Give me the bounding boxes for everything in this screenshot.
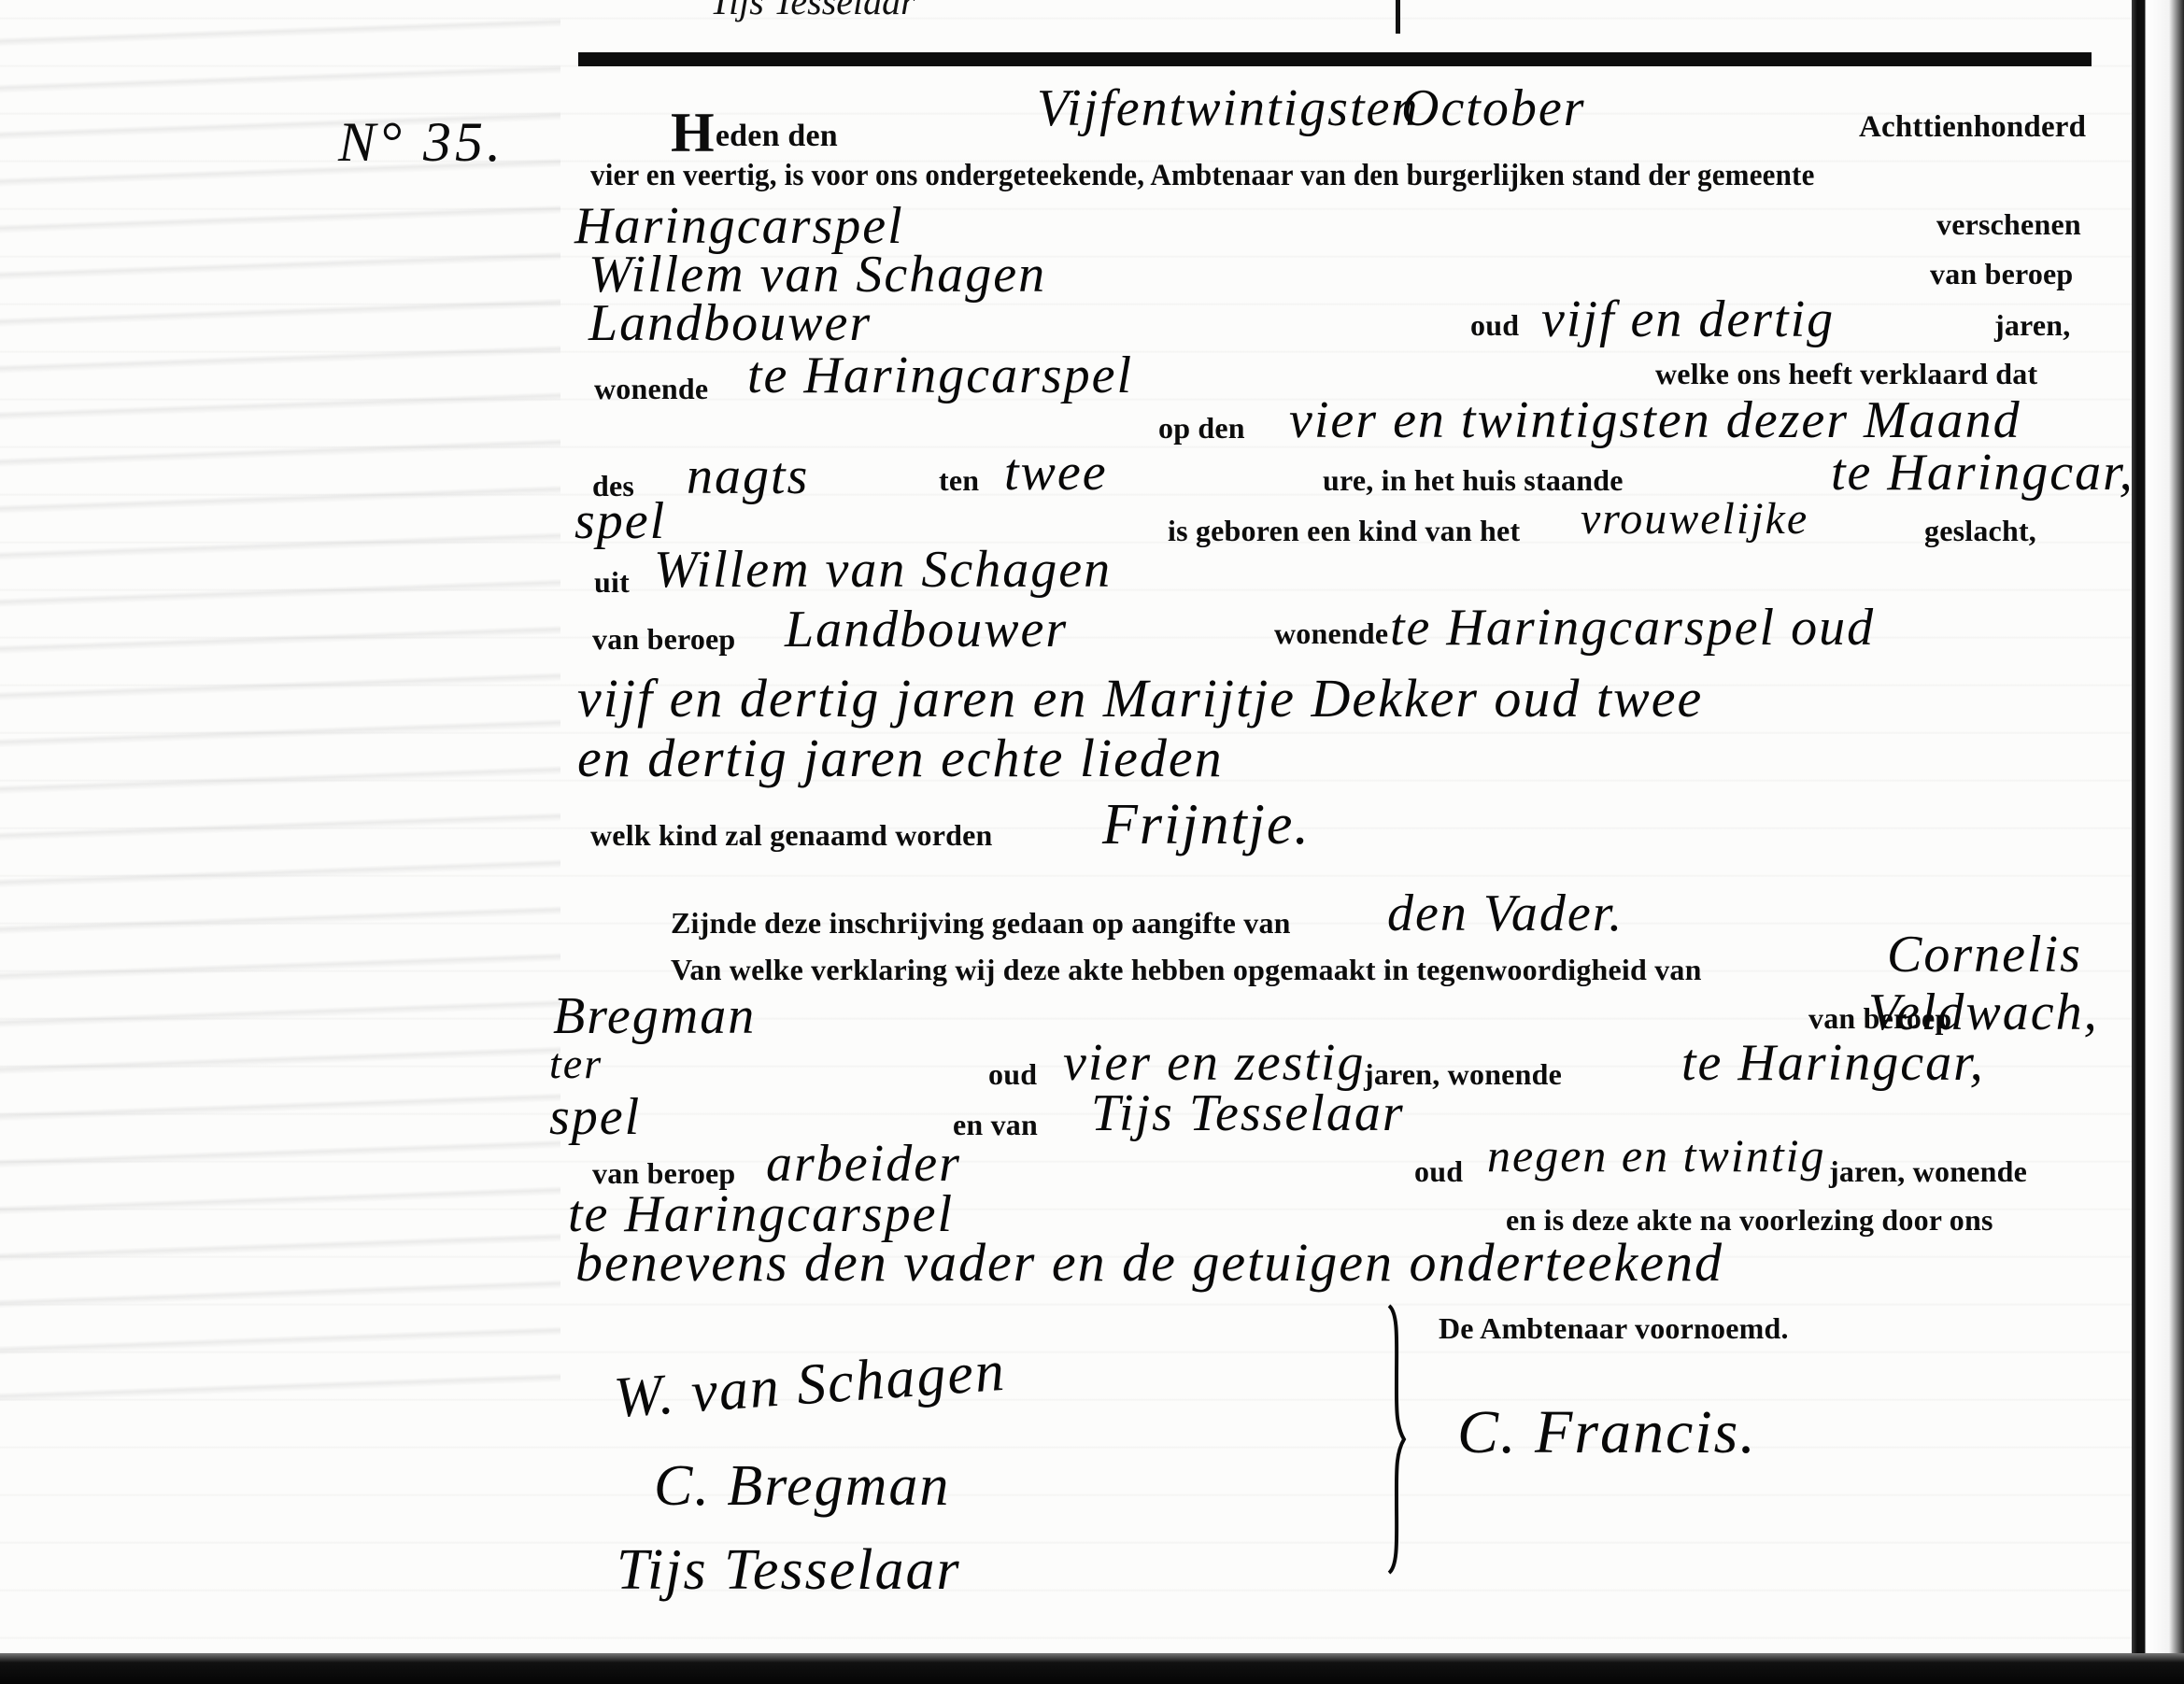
hw-witness2-name: Tijs Tesselaar <box>1091 1083 1405 1143</box>
printed-line-11b: wonende <box>1274 616 1388 651</box>
hw-birth-place-b: spel <box>574 491 666 551</box>
printed-line-4: van beroep <box>1930 257 2073 291</box>
hw-father: Willem van Schagen <box>654 540 1112 600</box>
hw-birth-date: vier en twintigsten dezer Maand <box>1289 390 2021 450</box>
printed-line-5b: jaren, <box>1994 308 2070 343</box>
printed-line-14: welk kind zal genaamd worden <box>590 818 993 853</box>
hw-parents-b: vijf en dertig jaren en Marijtje Dekker … <box>577 667 1703 729</box>
printed-line-19: en van <box>953 1108 1038 1142</box>
hw-hour: twee <box>1004 443 1108 502</box>
hw-father-occupation: Landbouwer <box>785 600 1068 659</box>
printed-line-15: Zijnde deze inschrijving gedaan op aangi… <box>671 906 1291 941</box>
hw-date-month: October <box>1401 78 1586 138</box>
printed-line-20c: jaren, wonende <box>1829 1154 2027 1189</box>
printed-line-9b: geslacht, <box>1924 514 2036 548</box>
hw-declarant-occupation: Landbouwer <box>589 293 872 353</box>
signature-witness1: C. Bregman <box>654 1453 950 1520</box>
printed-line-5a: oud <box>1470 308 1519 343</box>
column-divider <box>1396 0 1400 34</box>
printed-line-2: vier en veertig, is voor ons ondergeteek… <box>590 159 1815 193</box>
printed-line-8b: ten <box>939 463 979 498</box>
printed-line-9a: is geboren een kind van het <box>1168 514 1520 548</box>
printed-line-10: uit <box>594 565 630 600</box>
signature-brace <box>1383 1304 1408 1575</box>
hw-date-day: Vijfentwintigsten <box>1037 78 1419 138</box>
previous-entry-fragment: Tijs Tesselaar <box>710 0 915 23</box>
printed-line-1b: Achttienhonderd <box>1859 110 2086 145</box>
hw-witness1-residence-a: te Haringcar, <box>1681 1033 1985 1093</box>
printed-line-23: De Ambtenaar voornoemd. <box>1439 1311 1789 1346</box>
printed-text: eden den <box>716 119 838 153</box>
signature-witness2: Tijs Tesselaar <box>617 1537 961 1604</box>
printed-line-11a: van beroep <box>592 622 735 657</box>
signature-father: W. van Schagen <box>612 1338 1008 1432</box>
hw-witness2-age: negen en twintig <box>1487 1128 1826 1182</box>
hw-parents-a: te Haringcarspel oud <box>1390 598 1875 658</box>
page-edge-bottom <box>0 1653 2184 1684</box>
printed-line-3: verschenen <box>1936 207 2081 242</box>
hw-witness1-last: Bregman <box>553 986 756 1046</box>
printed-line-18a: oud <box>988 1057 1037 1092</box>
signature-official: C. Francis. <box>1457 1397 1757 1468</box>
page-edge-right <box>2132 0 2184 1684</box>
hw-witness1-residence-b: spel <box>549 1087 641 1147</box>
hw-child-name: Frijntje. <box>1102 792 1311 858</box>
printed-line-20b: oud <box>1414 1154 1463 1189</box>
hw-closing: benevens den vader en de getuigen ondert… <box>575 1231 1723 1294</box>
hw-parents-c: en dertig jaren echte lieden <box>577 727 1224 789</box>
printed-line-6a: wonende <box>594 372 708 406</box>
hw-birth-place-a: te Haringcar, <box>1831 443 2134 502</box>
printed-line-8c: ure, in het huis staande <box>1323 463 1624 498</box>
hw-witness1-first: Cornelis <box>1887 925 2082 984</box>
entry-number: N° 35. <box>338 110 504 175</box>
printed-line-16: Van welke verklaring wij deze akte hebbe… <box>671 953 1702 987</box>
hw-sex: vrouwelijke <box>1581 493 1808 545</box>
drop-cap: H <box>671 102 715 163</box>
document-page: Tijs Tesselaar N° 35. Heden den Vijfentw… <box>0 0 2184 1684</box>
bleed-through-texture <box>0 0 560 1401</box>
hw-informant: den Vader. <box>1387 884 1624 943</box>
hw-time-part: nagts <box>687 446 809 506</box>
printed-line-7: op den <box>1158 411 1245 446</box>
hw-declarant-residence: te Haringcarspel <box>747 346 1133 405</box>
hw-declarant-age: vijf en dertig <box>1541 290 1835 349</box>
printed-line-6b: welke ons heeft verklaard dat <box>1655 357 2037 391</box>
printed-line-1a: Heden den <box>671 105 838 161</box>
header-rule <box>578 52 2092 66</box>
hw-witness1-occupation-b: ter <box>549 1039 603 1088</box>
